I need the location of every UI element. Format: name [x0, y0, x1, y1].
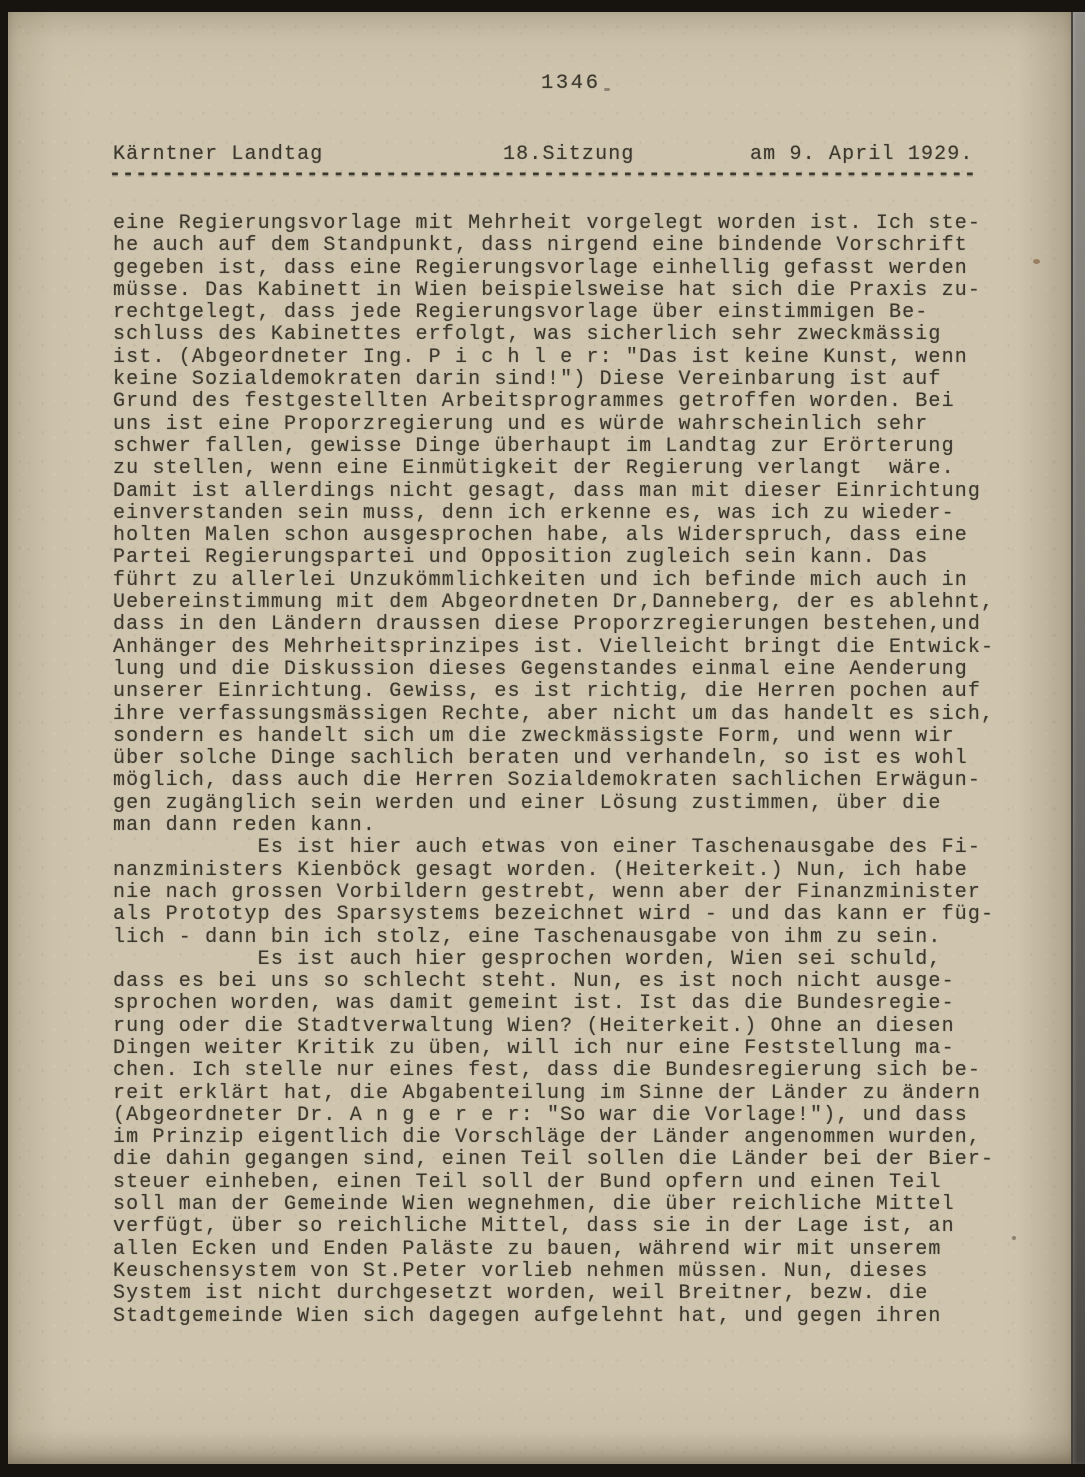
- paper-speck: [1033, 259, 1040, 264]
- paper-speck: [280, 248, 283, 251]
- speech-paragraph-1: eine Regierungsvorlage mit Mehrheit vorg…: [113, 213, 1018, 837]
- scanned-document: 1346 Kärntner Landtag 18.Sitzung am 9. A…: [0, 0, 1085, 1477]
- speech-transcript: eine Regierungsvorlage mit Mehrheit vorg…: [113, 213, 1018, 1328]
- header-divider-line: ----------------------------------------…: [109, 164, 977, 186]
- paper-speck: [1012, 1236, 1016, 1240]
- paper-speck: [604, 88, 610, 91]
- speech-paragraph-2: Es ist hier auch etwas von einer Taschen…: [113, 837, 1018, 948]
- document-page: 1346 Kärntner Landtag 18.Sitzung am 9. A…: [8, 12, 1073, 1464]
- speech-paragraph-3: Es ist auch hier gesprochen worden, Wien…: [113, 949, 1018, 1328]
- page-number: 1346: [541, 73, 601, 95]
- scan-edge-shadow: [1071, 12, 1085, 1464]
